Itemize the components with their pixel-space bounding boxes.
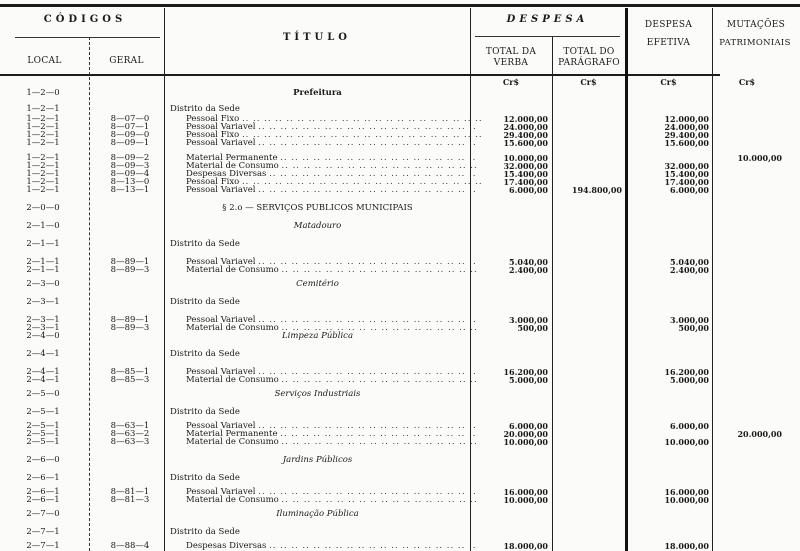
title-text: Serviços Industriais — [275, 389, 361, 399]
code-local: 2—6—1 — [8, 473, 78, 483]
section-heading: Jardins Públicos — [170, 455, 465, 465]
table-row: 2—4—0Limpeza Pública — [0, 331, 800, 341]
section-heading: Limpeza Pública — [170, 331, 465, 341]
table-row: 2—4—18—85—3Material de Consumo .. .. .. … — [0, 375, 800, 385]
amount-total-verba: 10.000,00 — [470, 437, 548, 447]
code-local: 2—4—0 — [8, 331, 78, 341]
currency-efetiva: Cr$ — [625, 77, 712, 87]
leader-dots: .. .. .. .. .. .. .. .. .. .. .. .. .. .… — [281, 495, 481, 505]
code-local: 2—7—1 — [8, 527, 78, 537]
header-despesa-efetiva-line2: EFETIVA — [625, 38, 712, 48]
table-row: 2—6—1Distrito da Sede — [0, 473, 800, 483]
code-geral: 8—88—4 — [100, 541, 160, 551]
code-local: 2—4—1 — [8, 375, 78, 385]
header-despesa-efetiva-line1: DESPESA — [625, 20, 712, 30]
title-text: Despesas Diversas — [186, 541, 266, 551]
table-row: 1—2—1Distrito da Sede — [0, 104, 800, 114]
code-local: 1—2—1 — [8, 138, 78, 148]
amount-total-verba: 10.000,00 — [470, 495, 548, 505]
title-text: Cemitério — [296, 279, 339, 289]
title-text: Iluminação Pública — [276, 509, 358, 519]
code-local: 2—6—1 — [8, 495, 78, 505]
line-item-title: Material de Consumo .. .. .. .. .. .. ..… — [186, 495, 481, 505]
code-local: 2—5—0 — [8, 389, 78, 399]
amount-despesa-efetiva: 18.000,00 — [625, 541, 709, 551]
code-local: 2—6—0 — [8, 455, 78, 465]
title-text: Jardins Públicos — [283, 455, 353, 465]
code-local: 2—7—1 — [8, 541, 78, 551]
title-text: Distrito da Sede — [170, 407, 240, 417]
code-local: 2—5—1 — [8, 407, 78, 417]
title-text: Distrito da Sede — [170, 239, 240, 249]
title-text: Matadouro — [294, 221, 341, 231]
title-text: Material de Consumo — [186, 437, 279, 447]
code-local: 2—4—1 — [8, 349, 78, 359]
district-heading: Distrito da Sede — [170, 527, 465, 537]
despesa-subrule — [475, 36, 620, 37]
header-mutacoes-line2: PATRIMONIAIS — [710, 38, 800, 48]
header-local: LOCAL — [0, 56, 89, 66]
code-local: 1—2—1 — [8, 104, 78, 114]
code-geral: 8—63—3 — [100, 437, 160, 447]
line-item-title: Despesas Diversas .. .. .. .. .. .. .. .… — [186, 541, 481, 551]
code-local: 2—3—1 — [8, 297, 78, 307]
district-heading: Distrito da Sede — [170, 473, 465, 483]
code-geral: 8—09—1 — [100, 138, 160, 148]
title-text: Distrito da Sede — [170, 297, 240, 307]
title-text: Distrito da Sede — [170, 104, 240, 114]
amount-total-verba: 18.000,00 — [470, 541, 548, 551]
table-row: 2—6—18—81—3Material de Consumo .. .. .. … — [0, 495, 800, 505]
district-heading: Distrito da Sede — [170, 407, 465, 417]
title-text: Limpeza Pública — [282, 331, 353, 341]
table-row: 2—5—0Serviços Industriais — [0, 389, 800, 399]
table-row: 2—1—0Matadouro — [0, 221, 800, 231]
title-text: Prefeitura — [293, 88, 342, 98]
title-text: § 2.o — SERVIÇOS PÚBLICOS MUNICIPAIS — [222, 203, 412, 213]
title-text: Material de Consumo — [186, 375, 279, 385]
line-item-title: Pessoal Variavel .. .. .. .. .. .. .. ..… — [186, 185, 481, 195]
amount-despesa-efetiva: 10.000,00 — [625, 495, 709, 505]
line-item-title: Material de Consumo .. .. .. .. .. .. ..… — [186, 265, 481, 275]
code-local: 2—3—0 — [8, 279, 78, 289]
title-text: Material de Consumo — [186, 265, 279, 275]
header-total-paragrafo: TOTAL DO PARÁGRAFO — [555, 47, 623, 69]
line-item-title: Material de Consumo .. .. .. .. .. .. ..… — [186, 375, 481, 385]
code-geral: 8—89—3 — [100, 265, 160, 275]
currency-verba: Cr$ — [470, 77, 552, 87]
district-heading: Distrito da Sede — [170, 297, 465, 307]
code-local: 1—2—1 — [8, 185, 78, 195]
code-local: 2—1—1 — [8, 265, 78, 275]
section-heading: § 2.o — SERVIÇOS PÚBLICOS MUNICIPAIS — [170, 203, 465, 213]
table-row: 2—5—1Distrito da Sede — [0, 407, 800, 417]
table-row: 2—7—1Distrito da Sede — [0, 527, 800, 537]
table-row: 2—3—1Distrito da Sede — [0, 297, 800, 307]
table-row: 2—4—1Distrito da Sede — [0, 349, 800, 359]
district-heading: Distrito da Sede — [170, 349, 465, 359]
code-geral: 8—13—1 — [100, 185, 160, 195]
district-heading: Distrito da Sede — [170, 104, 465, 114]
amount-despesa-efetiva: 15.600,00 — [625, 138, 709, 148]
leader-dots: .. .. .. .. .. .. .. .. .. .. .. .. .. .… — [281, 375, 481, 385]
table-row: 2—1—1Distrito da Sede — [0, 239, 800, 249]
code-local: 2—5—1 — [8, 437, 78, 447]
leader-dots: .. .. .. .. .. .. .. .. .. .. .. .. .. .… — [258, 185, 481, 195]
header-geral: GERAL — [89, 56, 164, 66]
code-local: 2—1—0 — [8, 221, 78, 231]
leader-dots: .. .. .. .. .. .. .. .. .. .. .. .. .. .… — [281, 265, 481, 275]
leader-dots: .. .. .. .. .. .. .. .. .. .. .. .. .. .… — [269, 541, 481, 551]
codigos-subrule — [15, 37, 160, 38]
table-row: 1—2—0Prefeitura — [0, 88, 800, 98]
section-heading: Matadouro — [170, 221, 465, 231]
table-row: 2—7—18—88—4Despesas Diversas .. .. .. ..… — [0, 541, 800, 551]
table-row: 2—1—18—89—3Material de Consumo .. .. .. … — [0, 265, 800, 275]
section-heading: Prefeitura — [170, 88, 465, 98]
currency-mutacoes: Cr$ — [712, 77, 782, 87]
amount-total-verba: 2.400,00 — [470, 265, 548, 275]
leader-dots: .. .. .. .. .. .. .. .. .. .. .. .. .. .… — [281, 437, 481, 447]
amount-total-paragrafo: 194.800,00 — [552, 185, 622, 195]
amount-despesa-efetiva: 5.000,00 — [625, 375, 709, 385]
code-local: 2—7—0 — [8, 509, 78, 519]
amount-total-verba: 15.600,00 — [470, 138, 548, 148]
title-text: Distrito da Sede — [170, 473, 240, 483]
table-row: 1—2—18—13—1Pessoal Variavel .. .. .. .. … — [0, 185, 800, 195]
district-heading: Distrito da Sede — [170, 239, 465, 249]
leader-dots: .. .. .. .. .. .. .. .. .. .. .. .. .. .… — [258, 138, 481, 148]
header-bottom-rule — [0, 74, 720, 76]
amount-total-verba: 6.000,00 — [470, 185, 548, 195]
title-text: Distrito da Sede — [170, 527, 240, 537]
code-local: 1—2—0 — [8, 88, 78, 98]
currency-paragrafo: Cr$ — [552, 77, 625, 87]
section-heading: Iluminação Pública — [170, 509, 465, 519]
section-heading: Cemitério — [170, 279, 465, 289]
table-row: 2—5—18—63—3Material de Consumo .. .. .. … — [0, 437, 800, 447]
code-geral: 8—85—3 — [100, 375, 160, 385]
code-local: 2—0—0 — [8, 203, 78, 213]
code-local: 2—1—1 — [8, 239, 78, 249]
table-row: 2—0—0§ 2.o — SERVIÇOS PÚBLICOS MUNICIPAI… — [0, 203, 800, 213]
title-text: Pessoal Variavel — [186, 185, 256, 195]
header-mutacoes-line1: MUTAÇÕES — [712, 20, 800, 30]
section-heading: Serviços Industriais — [170, 389, 465, 399]
title-text: Material de Consumo — [186, 495, 279, 505]
table-row: 2—6—0Jardins Públicos — [0, 455, 800, 465]
amount-despesa-efetiva: 10.000,00 — [625, 437, 709, 447]
table-row: 2—7—0Iluminação Pública — [0, 509, 800, 519]
table-row: 2—3—0Cemitério — [0, 279, 800, 289]
code-geral: 8—81—3 — [100, 495, 160, 505]
amount-despesa-efetiva: 6.000,00 — [625, 185, 709, 195]
header-total-verba: TOTAL DA VERBA — [475, 47, 547, 69]
title-text: Distrito da Sede — [170, 349, 240, 359]
top-rule — [0, 4, 800, 7]
table-row: 1—2—18—09—1Pessoal Variavel .. .. .. .. … — [0, 138, 800, 148]
amount-despesa-efetiva: 2.400,00 — [625, 265, 709, 275]
header-titulo: TÍTULO — [164, 32, 470, 43]
header-codigos: CÓDIGOS — [10, 14, 160, 25]
amount-total-verba: 5.000,00 — [470, 375, 548, 385]
header-despesa: DESPESA — [470, 14, 625, 25]
title-text: Pessoal Variavel — [186, 138, 256, 148]
line-item-title: Pessoal Variavel .. .. .. .. .. .. .. ..… — [186, 138, 481, 148]
line-item-title: Material de Consumo .. .. .. .. .. .. ..… — [186, 437, 481, 447]
